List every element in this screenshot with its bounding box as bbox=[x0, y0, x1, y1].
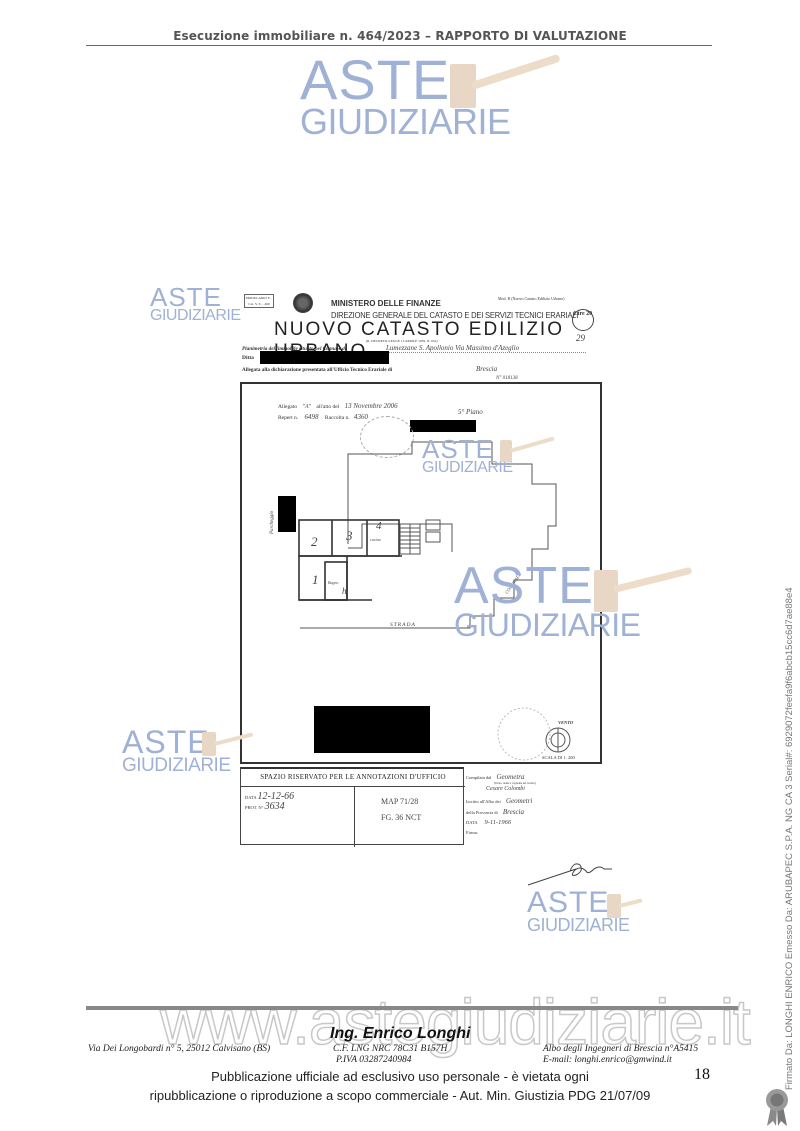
partita-iva: P.IVA 03287240984 bbox=[336, 1055, 411, 1065]
signer-name: Ing. Enrico Longhi bbox=[330, 1025, 470, 1043]
aste-giudiziarie-watermark-top: ASTE GIUDIZIARIE bbox=[300, 52, 511, 140]
publication-notice-line-2: ripubblicazione o riproduzione a scopo c… bbox=[0, 1087, 800, 1105]
aste-giudiziarie-watermark-6: ASTE GIUDIZIARIE bbox=[527, 888, 630, 934]
redacted-owner bbox=[260, 351, 389, 364]
aste-giudiziarie-watermark-2: ASTE GIUDIZIARIE bbox=[150, 284, 241, 324]
bagno-label: Bagno bbox=[328, 580, 338, 585]
office-address: Via Dei Longobardi n° 5, 25012 Calvisano… bbox=[88, 1044, 270, 1054]
footer-divider bbox=[86, 1006, 738, 1010]
comune-value: Lumezzane S. Apollonio Via Massimo d'Aze… bbox=[386, 344, 586, 353]
republic-emblem-icon bbox=[293, 293, 313, 313]
prot-line: PROT. N° 3634 bbox=[245, 801, 285, 812]
redacted-block-3 bbox=[314, 706, 430, 753]
cucina-label: cucina bbox=[370, 537, 381, 542]
email-address: E-mail: longhi.enrico@gmwind.it bbox=[543, 1055, 672, 1065]
firma-label: Firma: bbox=[466, 830, 478, 835]
modulario-box: MODULARIO F. - Cat. S. T. - 460 bbox=[244, 294, 274, 308]
certificate-badge-icon bbox=[764, 1088, 790, 1128]
aste-giudiziarie-watermark-3: ASTE GIUDIZIARIE bbox=[422, 436, 513, 476]
compilata-label: Compilata dal bbox=[466, 775, 491, 780]
redacted-block-2 bbox=[278, 496, 296, 532]
provincia-value: Brescia bbox=[503, 808, 524, 816]
side-label: Parcheggio bbox=[270, 511, 275, 534]
albo-registration: Albo degli Ingegneri di Brescia n°A5415 bbox=[543, 1044, 698, 1054]
ditta-label: Ditta bbox=[242, 355, 254, 361]
fg-value: FG. 36 NCT bbox=[381, 813, 421, 822]
scale-label: SCALA DI 1. 200 bbox=[542, 755, 575, 760]
ministry-label: MINISTERO DELLE FINANZE bbox=[331, 299, 441, 308]
map-value: MAP 71/28 bbox=[381, 797, 418, 806]
annotation-divider bbox=[354, 787, 355, 847]
sheet-number: 29 bbox=[576, 333, 585, 343]
provincia-label: della Provincia di bbox=[466, 810, 498, 815]
street-label: STRADA bbox=[390, 622, 416, 628]
room-1-label: 1 bbox=[312, 572, 319, 588]
aste-giudiziarie-watermark-4: ASTE GIUDIZIARIE bbox=[454, 560, 641, 641]
data2-label: DATA bbox=[466, 820, 477, 825]
tecnico-name: Cesare Colombi bbox=[486, 786, 525, 792]
compiler-block: Compilata dal Geometra (Titolo, nome e c… bbox=[466, 773, 606, 841]
publication-notice-line-1: Pubblicazione ufficiale ad esclusivo uso… bbox=[0, 1068, 800, 1086]
albo-label: Iscritto all'Albo dei bbox=[466, 799, 501, 804]
registration-number: N° 018138 bbox=[496, 376, 518, 381]
compilata-value: Geometra bbox=[497, 773, 525, 781]
document-header-title: Esecuzione immobiliare n. 464/2023 – RAP… bbox=[0, 29, 800, 43]
north-label: VENTO bbox=[558, 720, 573, 725]
handwritten-signature bbox=[526, 855, 616, 889]
digital-signature-text: Firmato Da: LONGHI ENRICO Emesso Da: ARU… bbox=[784, 587, 795, 1090]
albo-value: Geometri bbox=[506, 797, 532, 805]
room-2-label: 2 bbox=[311, 534, 318, 550]
room-3-label: 3 bbox=[346, 528, 353, 544]
aste-giudiziarie-watermark-5: ASTE GIUDIZIARIE bbox=[122, 726, 231, 775]
room-4-label: 4 bbox=[376, 520, 382, 532]
annotation-box: SPAZIO RISERVATO PER LE ANNOTAZIONI D'UF… bbox=[240, 767, 464, 845]
annotation-header: SPAZIO RISERVATO PER LE ANNOTAZIONI D'UF… bbox=[241, 769, 465, 787]
header-divider bbox=[86, 45, 712, 46]
form-code: Mod. B (Nuovo Catasto Edilizio Urbano) bbox=[498, 296, 564, 301]
compilata-sub: (Titolo, nome e cognome del tecnico) bbox=[494, 782, 536, 785]
data2-value: 9-11-1966 bbox=[485, 819, 512, 826]
allegata-label: Allegata alla dichiarazione presentata a… bbox=[242, 367, 392, 373]
ufficio-value: Brescia bbox=[476, 365, 497, 373]
height-label: h bbox=[342, 586, 347, 596]
codice-fiscale: C.F. LNG NRC 78C31 B157H bbox=[333, 1044, 447, 1054]
decree-label: (R. DECRETO-LEGGE 13 APRILE 1939, N. 652… bbox=[366, 339, 438, 343]
